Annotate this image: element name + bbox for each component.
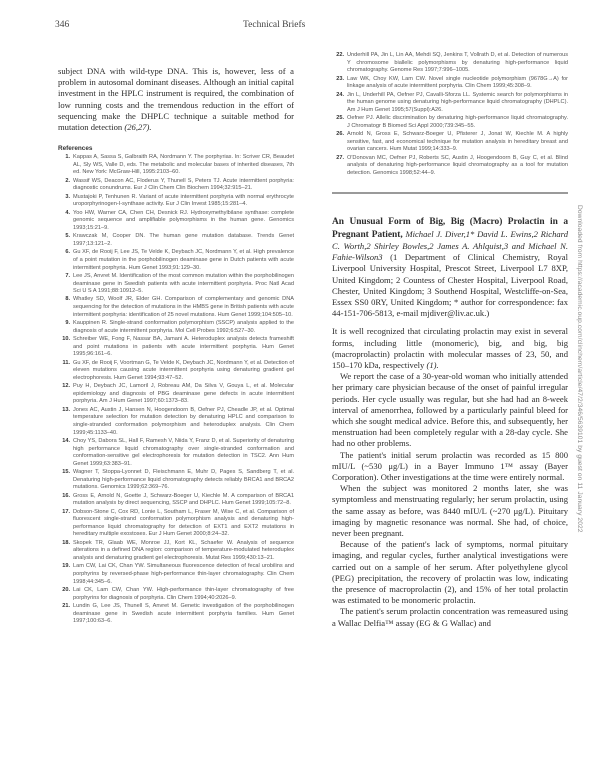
reference-item: 1.Kappas A, Sassa S, Galbraith RA, Nordm… bbox=[58, 154, 294, 177]
paragraph-text: Because of the patient's lack of symptom… bbox=[332, 539, 568, 605]
reference-item: 21.Lundin G, Lee JS, Thunell S, Anvret M… bbox=[58, 603, 294, 626]
reference-text: Choy YS, Dabora SL, Hall F, Ramesh V, Ni… bbox=[73, 438, 294, 467]
reference-item: 12.Puy H, Deybach JC, Lamoril J, Robreau… bbox=[58, 383, 294, 406]
reference-number: 4. bbox=[58, 210, 70, 218]
reference-text: Skopek TR, Glaab WE, Monroe JJ, Kort KL,… bbox=[73, 540, 294, 561]
article-paragraph: It is well recognized that circulating p… bbox=[332, 326, 568, 371]
reference-item: 2.Wassif WS, Deacon AC, Floderus Y, Thun… bbox=[58, 178, 294, 193]
article-paragraph: When the subject was monitored 2 months … bbox=[332, 483, 568, 539]
reference-number: 11. bbox=[58, 360, 70, 368]
reference-text: Oefner PJ. Allelic discrimination by den… bbox=[347, 115, 568, 129]
intro-citation: (26,27). bbox=[124, 122, 151, 132]
reference-text: O'Donovan MC, Oefner PJ, Roberts SC, Aus… bbox=[347, 155, 568, 176]
reference-text: Lai CK, Lam CW, Chan YW. High-performanc… bbox=[73, 587, 294, 601]
reference-item: 6.Gu XF, de Rooij F, Lee JS, Te Velde K,… bbox=[58, 249, 294, 272]
reference-item: 25.Oefner PJ. Allelic discrimination by … bbox=[332, 115, 568, 130]
reference-text: Lundin G, Lee JS, Thunell S, Anvret M. G… bbox=[73, 603, 294, 624]
download-watermark: Downloaded from https://academic.oup.com… bbox=[571, 205, 583, 765]
reference-text: Schreiber WE, Fong F, Nassar BA, Jamani … bbox=[73, 336, 294, 357]
reference-item: 22.Underhill PA, Jin L, Lin AA, Mehdi SQ… bbox=[332, 52, 568, 75]
reference-number: 7. bbox=[58, 273, 70, 281]
reference-item: 23.Law WK, Choy KW, Lam CW. Novel single… bbox=[332, 76, 568, 91]
article-paragraph: The patient's serum prolactin concentrat… bbox=[332, 606, 568, 628]
reference-text: Yoo HW, Warner CA, Chen CH, Desnick RJ. … bbox=[73, 210, 294, 231]
article-header: An Unusual Form of Big, Big (Macro) Prol… bbox=[332, 216, 568, 319]
reference-item: 3.Mustajoki P, Tenhunen R. Variant of ac… bbox=[58, 194, 294, 209]
reference-text: Underhill PA, Jin L, Lin AA, Mehdi SQ, J… bbox=[347, 52, 568, 73]
reference-item: 4.Yoo HW, Warner CA, Chen CH, Desnick RJ… bbox=[58, 210, 294, 233]
reference-number: 9. bbox=[58, 320, 70, 328]
reference-number: 18. bbox=[58, 540, 70, 548]
section-divider bbox=[332, 192, 568, 194]
paragraph-text: The patient's serum prolactin concentrat… bbox=[332, 606, 568, 627]
paragraph-text: When the subject was monitored 2 months … bbox=[332, 483, 568, 538]
article-paragraph: Because of the patient's lack of symptom… bbox=[332, 539, 568, 606]
reference-number: 5. bbox=[58, 233, 70, 241]
references-list-left: 1.Kappas A, Sassa S, Galbraith RA, Nordm… bbox=[58, 154, 294, 626]
paragraph-text: The patient's initial serum prolactin wa… bbox=[332, 450, 568, 482]
reference-item: 27.O'Donovan MC, Oefner PJ, Roberts SC, … bbox=[332, 155, 568, 178]
reference-number: 13. bbox=[58, 407, 70, 415]
reference-item: 14.Choy YS, Dabora SL, Hall F, Ramesh V,… bbox=[58, 438, 294, 468]
reference-text: Jones AC, Austin J, Hansen N, Hoogendoor… bbox=[73, 407, 294, 436]
reference-number: 21. bbox=[58, 603, 70, 611]
reference-number: 14. bbox=[58, 438, 70, 446]
intro-paragraph: subject DNA with wild-type DNA. This is,… bbox=[58, 66, 294, 133]
reference-text: Gu XF, de Rooij F, Voortman G, Te Velde … bbox=[73, 360, 294, 381]
article-body: It is well recognized that circulating p… bbox=[332, 326, 568, 628]
reference-text: Arnold N, Gross E, Schwarz-Boeger U, Pfi… bbox=[347, 131, 568, 152]
reference-number: 25. bbox=[332, 115, 344, 123]
reference-number: 19. bbox=[58, 563, 70, 571]
reference-number: 2. bbox=[58, 178, 70, 186]
reference-item: 26.Arnold N, Gross E, Schwarz-Boeger U, … bbox=[332, 131, 568, 154]
reference-text: Law WK, Choy KW, Lam CW. Novel single nu… bbox=[347, 76, 568, 90]
intro-text: subject DNA with wild-type DNA. This is,… bbox=[58, 66, 294, 132]
running-title: Technical Briefs bbox=[243, 20, 305, 30]
reference-number: 12. bbox=[58, 383, 70, 391]
reference-item: 20.Lai CK, Lam CW, Chan YW. High-perform… bbox=[58, 587, 294, 602]
reference-item: 8.Whatley SD, Woolf JR, Elder GH. Compar… bbox=[58, 296, 294, 319]
reference-item: 16.Gross E, Arnold N, Goette J, Schwarz-… bbox=[58, 493, 294, 508]
paragraph-text: We report the case of a 30-year-old woma… bbox=[332, 371, 568, 448]
reference-item: 5.Krawczak M, Cooper DN. The human gene … bbox=[58, 233, 294, 248]
reference-number: 10. bbox=[58, 336, 70, 344]
paragraph-text: It is well recognized that circulating p… bbox=[332, 326, 568, 370]
right-column: 22.Underhill PA, Jin L, Lin AA, Mehdi SQ… bbox=[332, 52, 568, 629]
reference-number: 17. bbox=[58, 509, 70, 517]
reference-number: 24. bbox=[332, 92, 344, 100]
article-paragraph: We report the case of a 30-year-old woma… bbox=[332, 371, 568, 449]
references-heading: References bbox=[58, 145, 294, 152]
reference-text: Kappas A, Sassa S, Galbraith RA, Nordman… bbox=[73, 154, 294, 175]
reference-text: Gross E, Arnold N, Goette J, Schwarz-Boe… bbox=[73, 493, 294, 507]
reference-item: 10.Schreiber WE, Fong F, Nassar BA, Jama… bbox=[58, 336, 294, 359]
reference-item: 13.Jones AC, Austin J, Hansen N, Hoogend… bbox=[58, 407, 294, 437]
reference-number: 22. bbox=[332, 52, 344, 60]
reference-text: Lam CW, Lai CK, Chan YW. Simultaneous fl… bbox=[73, 563, 294, 584]
reference-item: 11.Gu XF, de Rooij F, Voortman G, Te Vel… bbox=[58, 360, 294, 383]
reference-number: 27. bbox=[332, 155, 344, 163]
page-header: 346 Technical Briefs bbox=[0, 20, 600, 34]
page-number: 346 bbox=[55, 20, 69, 30]
reference-number: 16. bbox=[58, 493, 70, 501]
reference-number: 23. bbox=[332, 76, 344, 84]
reference-text: Lee JS, Anvret M. Identification of the … bbox=[73, 273, 294, 294]
reference-number: 15. bbox=[58, 469, 70, 477]
reference-number: 3. bbox=[58, 194, 70, 202]
reference-text: Whatley SD, Woolf JR, Elder GH. Comparis… bbox=[73, 296, 294, 317]
reference-text: Gu XF, de Rooij F, Lee JS, Te Velde K, D… bbox=[73, 249, 294, 270]
reference-item: 24.Jin L, Underhill PA, Oefner PJ, Caval… bbox=[332, 92, 568, 115]
article-paragraph: The patient's initial serum prolactin wa… bbox=[332, 450, 568, 484]
reference-text: Wassif WS, Deacon AC, Floderus Y, Thunel… bbox=[73, 178, 294, 192]
reference-item: 19.Lam CW, Lai CK, Chan YW. Simultaneous… bbox=[58, 563, 294, 586]
reference-number: 6. bbox=[58, 249, 70, 257]
reference-item: 15.Wagner T, Stoppa-Lyonnet D, Fleischma… bbox=[58, 469, 294, 492]
reference-item: 9.Kauppinen R. Single-strand conformatio… bbox=[58, 320, 294, 335]
reference-text: Krawczak M, Cooper DN. The human gene mu… bbox=[73, 233, 294, 247]
reference-text: Dobson-Stone C, Cox RD, Lonie L, Southam… bbox=[73, 509, 294, 538]
reference-number: 1. bbox=[58, 154, 70, 162]
reference-text: Mustajoki P, Tenhunen R. Variant of acut… bbox=[73, 194, 294, 208]
reference-text: Puy H, Deybach JC, Lamoril J, Robreau AM… bbox=[73, 383, 294, 404]
reference-number: 20. bbox=[58, 587, 70, 595]
reference-item: 17.Dobson-Stone C, Cox RD, Lonie L, Sout… bbox=[58, 509, 294, 539]
reference-text: Kauppinen R. Single-strand conformation … bbox=[73, 320, 294, 334]
left-column: subject DNA with wild-type DNA. This is,… bbox=[58, 66, 294, 627]
reference-item: 18.Skopek TR, Glaab WE, Monroe JJ, Kort … bbox=[58, 540, 294, 563]
reference-item: 7.Lee JS, Anvret M. Identification of th… bbox=[58, 273, 294, 296]
reference-number: 8. bbox=[58, 296, 70, 304]
reference-number: 26. bbox=[332, 131, 344, 139]
paragraph-citation: (1). bbox=[427, 360, 439, 370]
reference-text: Jin L, Underhill PA, Oefner PJ, Cavalli-… bbox=[347, 92, 568, 113]
references-list-right: 22.Underhill PA, Jin L, Lin AA, Mehdi SQ… bbox=[332, 52, 568, 177]
reference-text: Wagner T, Stoppa-Lyonnet D, Fleischmann … bbox=[73, 469, 294, 490]
